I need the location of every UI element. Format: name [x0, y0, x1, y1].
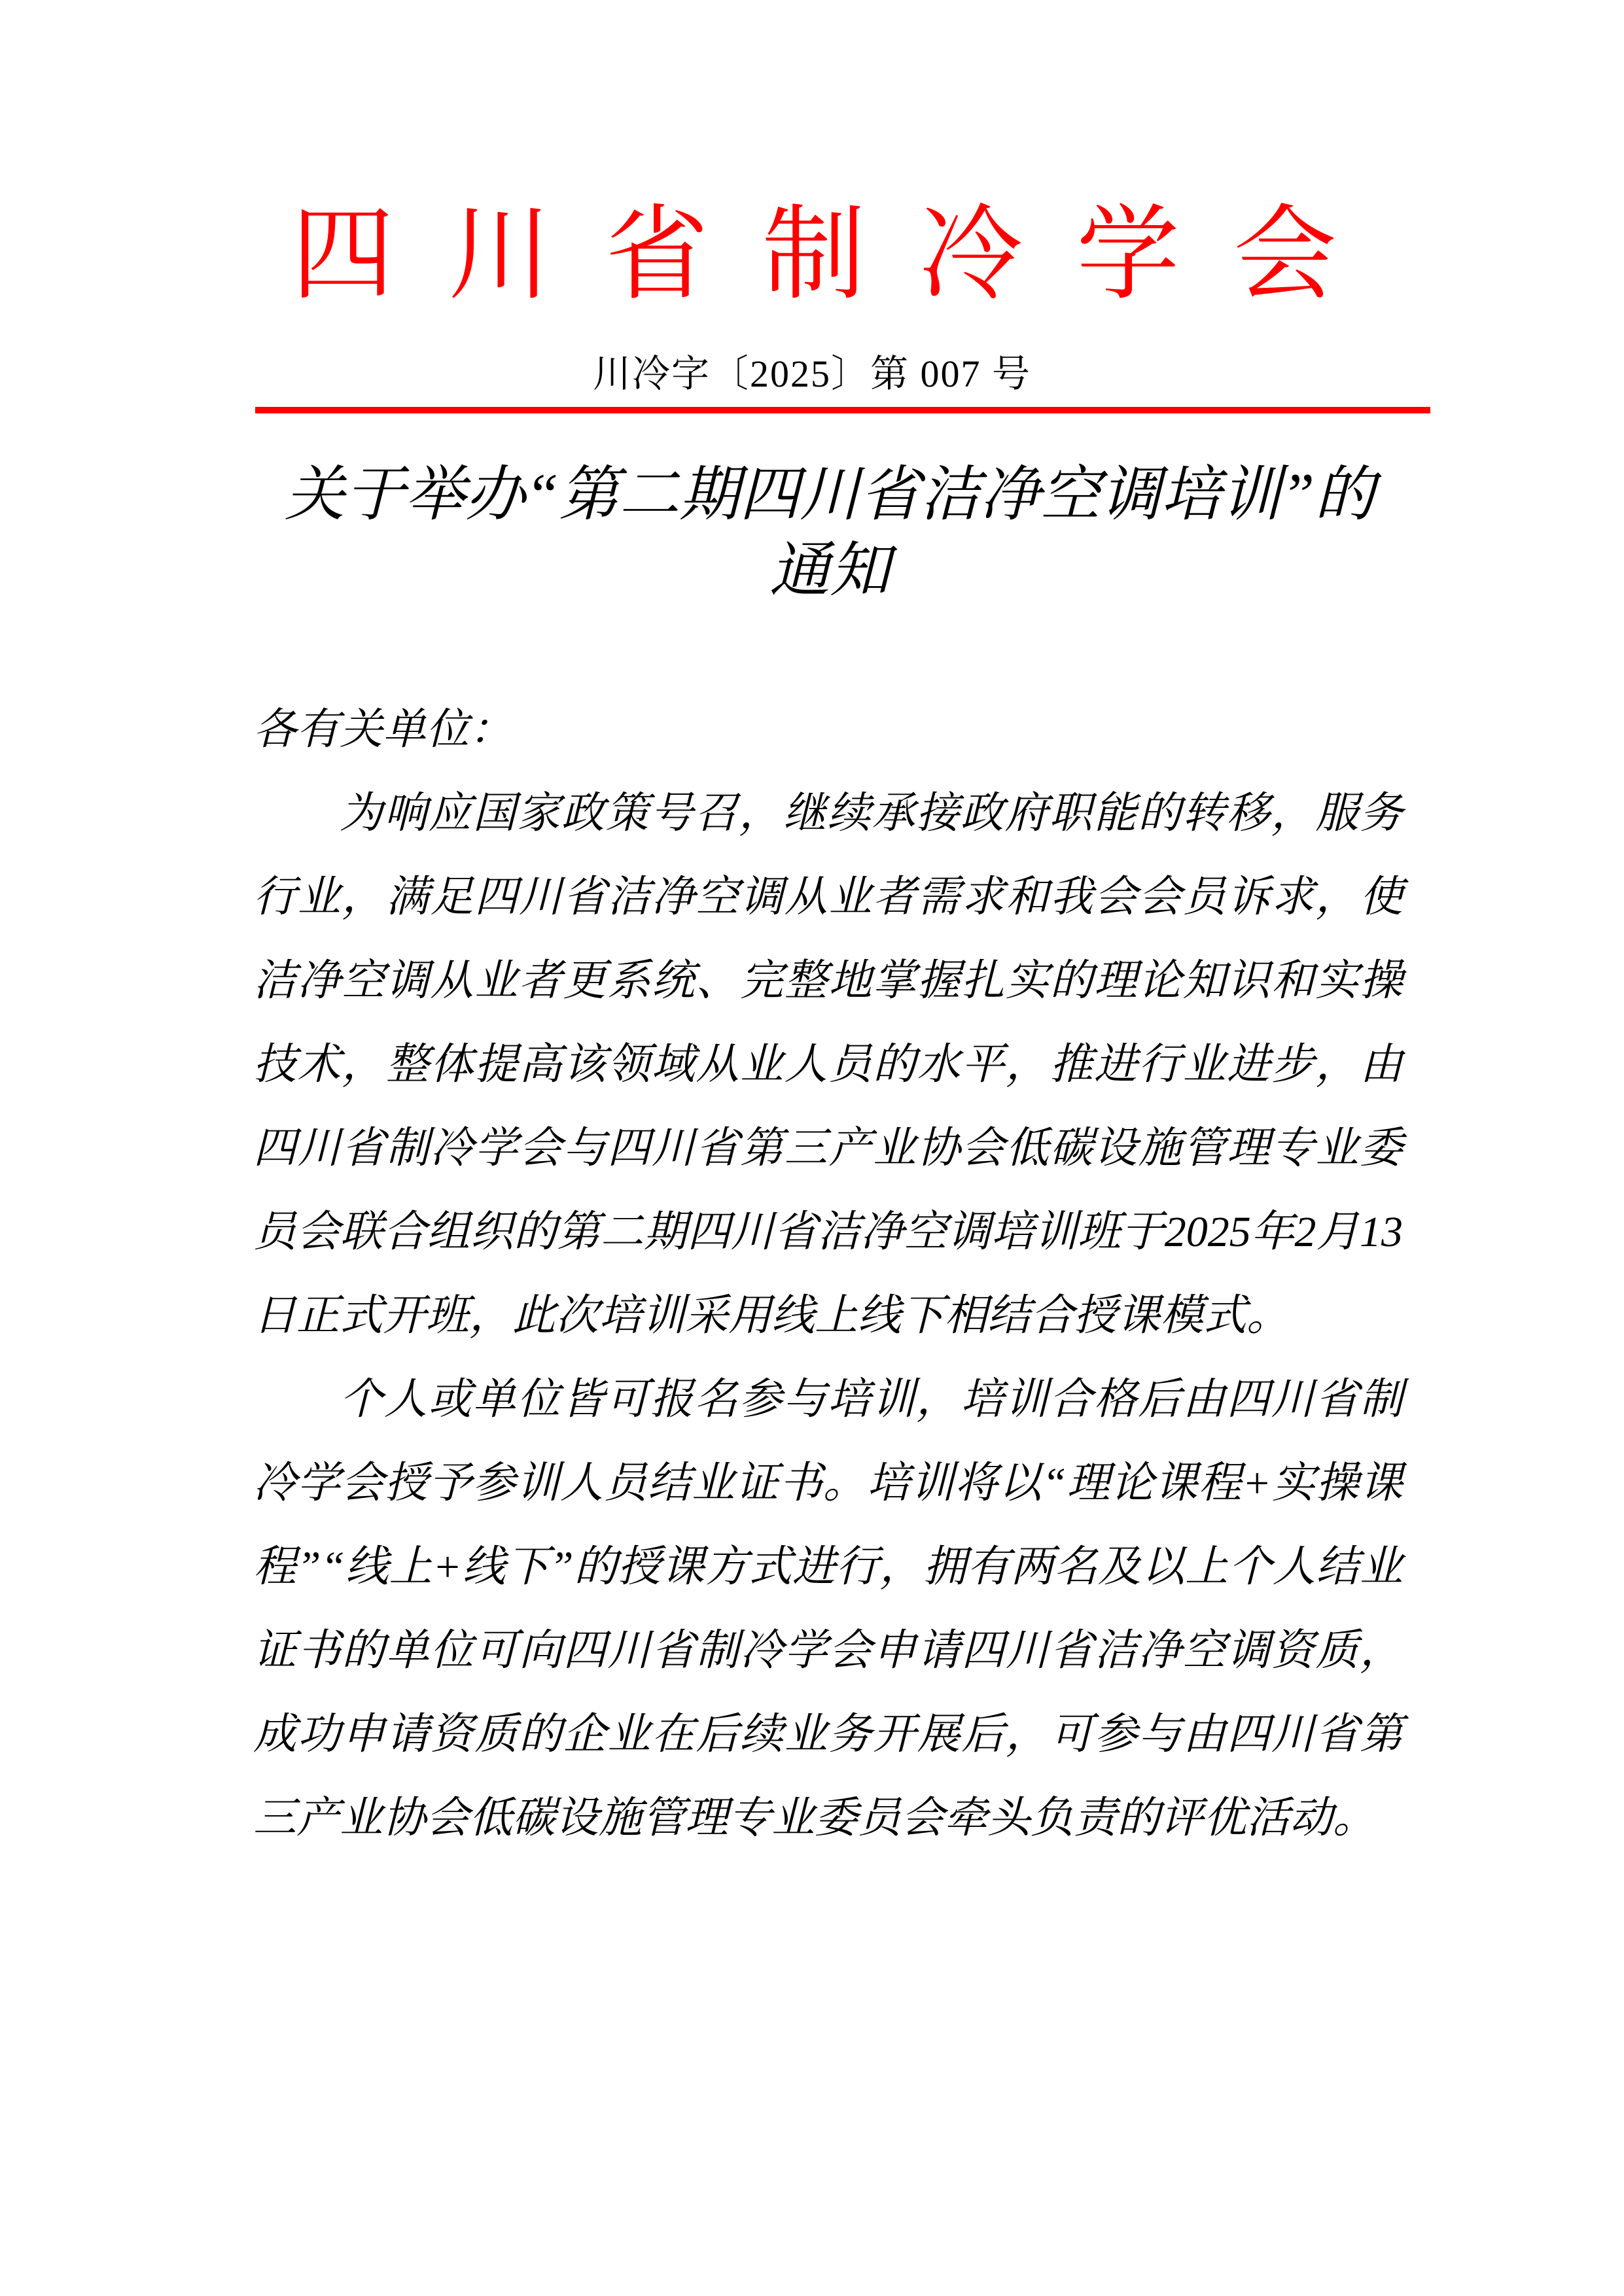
greeting-line: 各有关单位： — [253, 688, 1403, 772]
notice-title: 关于举办“第二期四川省洁净空调培训”的 通知 — [253, 457, 1406, 608]
body-paragraph-2: 个人或单位皆可报名参与培训，培训合格后由四川省制冷学会授予参训人员结业证书。培训… — [253, 1358, 1403, 1860]
letterhead-org-name: 四川省制冷学会 — [291, 200, 1390, 311]
body-paragraph-1: 为响应国家政策号召，继续承接政府职能的转移，服务行业，满足四川省洁净空调从业者需… — [253, 772, 1403, 1358]
doc-reference-number: 川冷字〔2025〕第 007 号 — [0, 351, 1624, 398]
letterhead-red-rule — [255, 407, 1430, 413]
notice-title-line1: 关于举办“第二期四川省洁净空调培训”的 — [253, 457, 1406, 532]
notice-title-line2: 通知 — [253, 532, 1406, 608]
document-page: 四川省制冷学会 川冷字〔2025〕第 007 号 关于举办“第二期四川省洁净空调… — [0, 0, 1624, 2296]
notice-body: 各有关单位： 为响应国家政策号召，继续承接政府职能的转移，服务行业，满足四川省洁… — [253, 688, 1403, 1860]
